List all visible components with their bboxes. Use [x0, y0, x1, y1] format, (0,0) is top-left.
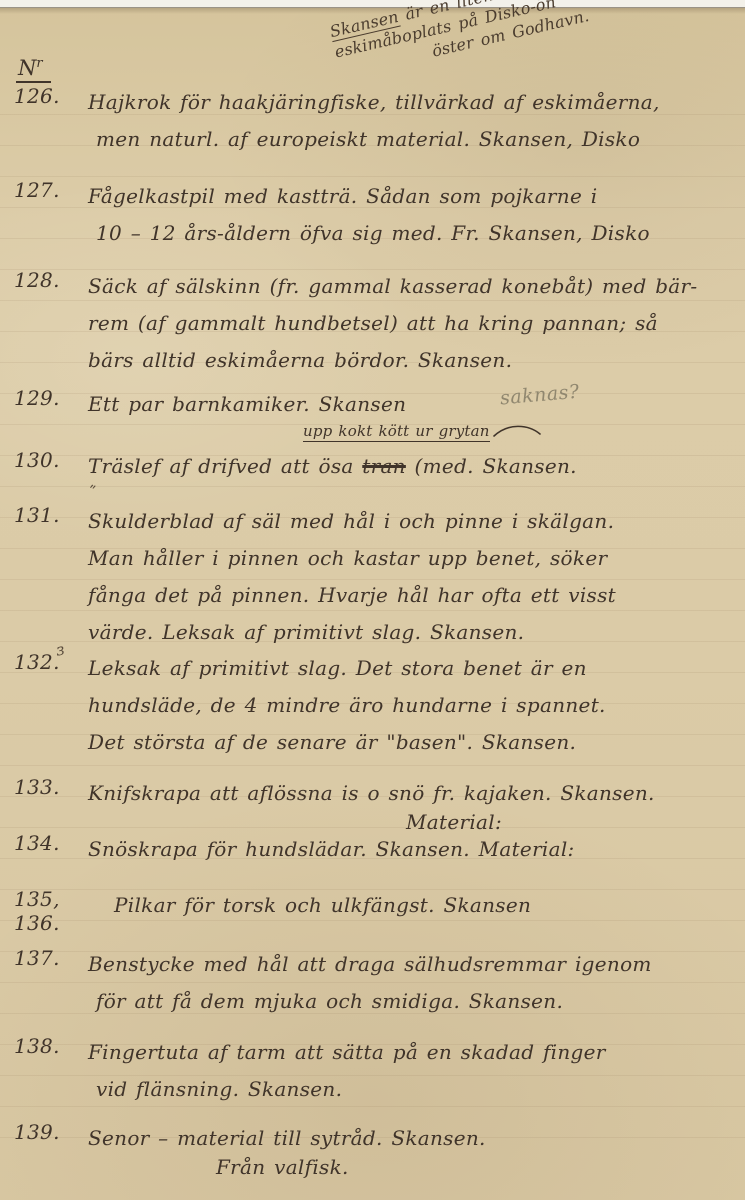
entry-line: fånga det på pinnen. Hvarje hål har ofta… [88, 577, 735, 614]
entry-line: Träslef af drifved att ösa tran (med. Sk… [88, 448, 735, 485]
entry-line: Leksak af primitivt slag. Det stora bene… [88, 650, 735, 687]
entry: 128. Säck af sälskinn (fr. gammal kasser… [14, 268, 735, 379]
entry: 135, 136. Pilkar för torsk och ulkfängst… [14, 887, 735, 935]
entry: 138. Fingertuta af tarm att sätta på en … [14, 1034, 735, 1108]
entry: 132. Leksak af primitivt slag. Det stora… [14, 650, 735, 761]
entry: 129. Ett par barnkamiker. Skansen [14, 386, 735, 423]
entry-line: för att få dem mjuka och smidiga. Skanse… [88, 983, 735, 1020]
entry-number: 128. [14, 268, 88, 379]
entry: 131. Skulderblad af säl med hål i och pi… [14, 503, 735, 651]
entry: 134. Snöskrapa för hundslädar. Skansen. … [14, 831, 735, 868]
entry-number: 132. [14, 650, 88, 761]
entry: 139. Senor – material till sytråd. Skans… [14, 1120, 735, 1186]
entry-line: 10 – 12 års-åldern öfva sig med. Fr. Ska… [88, 215, 735, 252]
entry-line: Fågelkastpil med kastträ. Sådan som pojk… [88, 178, 735, 215]
entry-line: Säck af sälskinn (fr. gammal kasserad ko… [88, 268, 735, 305]
entry-number: 135, 136. [14, 887, 114, 935]
entry-number: 137. [14, 946, 88, 1020]
entry-line: vid flänsning. Skansen. [88, 1071, 735, 1108]
entry-line: bärs alltid eskimåerna bördor. Skansen. [88, 342, 735, 379]
entry-number: 130. [14, 448, 88, 485]
entry-line: Det största af de senare är "basen". Ska… [88, 724, 735, 761]
header-no: Nr [16, 56, 51, 83]
entry-line: men naturl. af europeiskt material. Skan… [88, 121, 735, 158]
entry-line: Skulderblad af säl med hål i och pinne i… [88, 503, 735, 540]
entry-line: rem (af gammalt hundbetsel) att ha kring… [88, 305, 735, 342]
entry-number: 129. [14, 386, 88, 423]
entry-number: 127. [14, 178, 88, 252]
entry-number: 126. [14, 84, 88, 158]
entry-line: Ett par barnkamiker. Skansen [88, 386, 735, 423]
entry-line: Fingertuta af tarm att sätta på en skada… [88, 1034, 735, 1071]
entry-line: hundsläde, de 4 mindre äro hundarne i sp… [88, 687, 735, 724]
insertion-note: upp kokt kött ur grytan [303, 423, 542, 439]
entry-line: Hajkrok för haakjäringfiske, tillvärkad … [88, 84, 735, 121]
entry-number: 139. [14, 1120, 88, 1186]
entry-number: 131. [14, 503, 88, 651]
struck-word: tran [362, 454, 406, 478]
entry: 137. Benstycke med hål att draga sälhuds… [14, 946, 735, 1020]
entry: 126. Hajkrok för haakjäringfiske, tillvä… [14, 84, 735, 158]
entry-line: Benstycke med hål att draga sälhudsremma… [88, 946, 735, 983]
entry-line: värde. Leksak af primitivt slag. Skansen… [88, 614, 735, 651]
entry: 130. upp kokt kött ur grytan Träslef af … [14, 448, 735, 485]
entry-number: 138. [14, 1034, 88, 1108]
entry-line: Snöskrapa för hundslädar. Skansen. Mater… [88, 831, 735, 868]
entry-line: Pilkar för torsk och ulkfängst. Skansen [114, 887, 735, 924]
entry: 127. Fågelkastpil med kastträ. Sådan som… [14, 178, 735, 252]
entry-number: 134. [14, 831, 88, 868]
swash-curve-icon [492, 423, 542, 439]
entry-line: Man håller i pinnen och kastar upp benet… [88, 540, 735, 577]
